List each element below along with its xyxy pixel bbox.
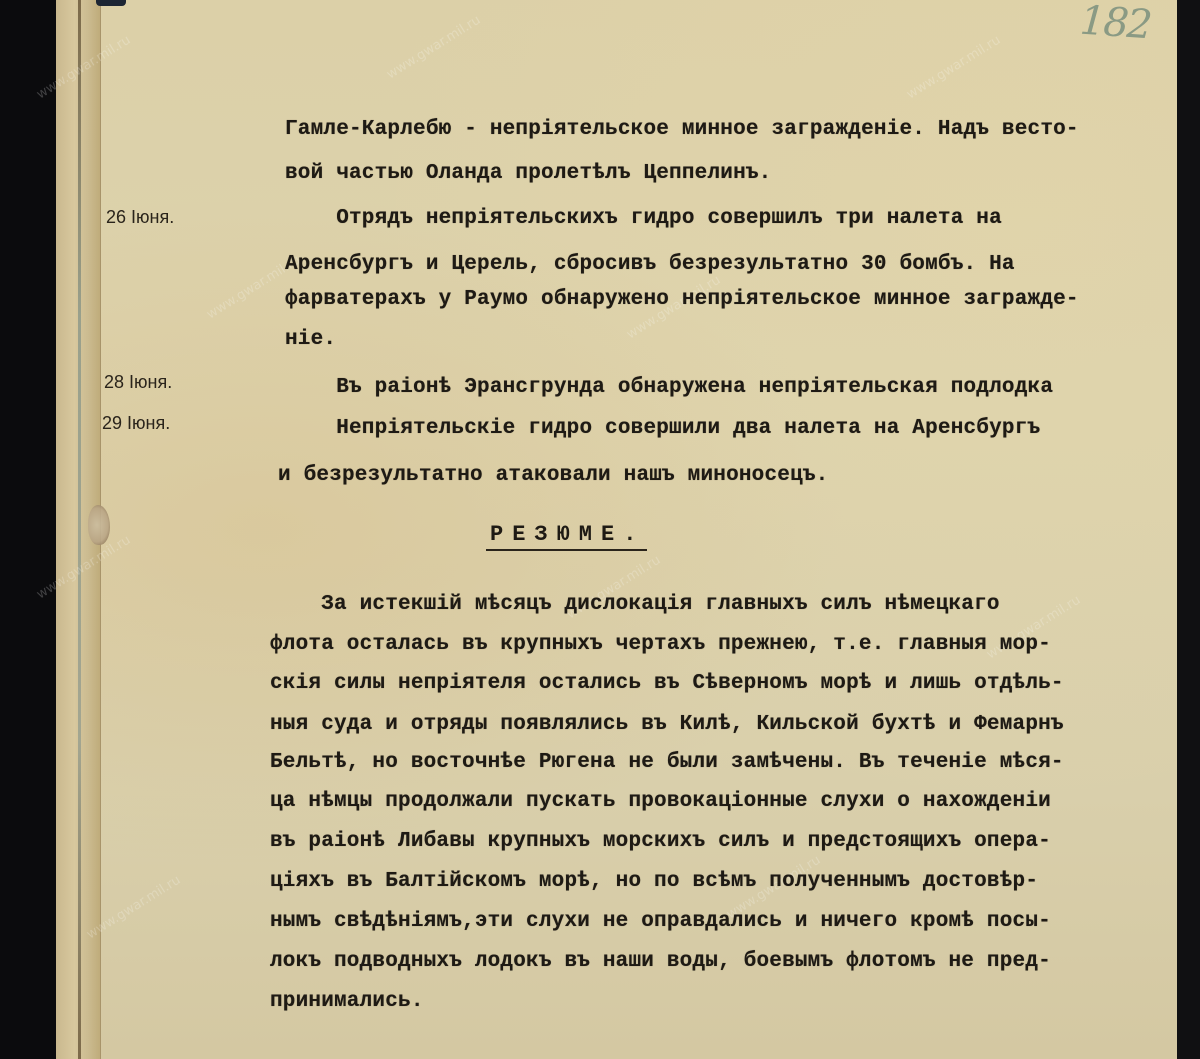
summary-line: Бельтѣ, но восточнѣе Рюгена не были замѣ… (270, 751, 1064, 774)
text-line: и безрезультатно атаковали нашъ миноносе… (278, 464, 829, 487)
binder-clip (96, 0, 126, 6)
scan-border-right (1177, 0, 1200, 1059)
text-line: Въ раіонѣ Эрансгрунда обнаружена непріят… (285, 376, 1053, 399)
summary-line: въ раіонѣ Либавы крупныхъ морскихъ силъ … (270, 830, 1051, 853)
punch-hole (88, 505, 110, 545)
text-line: Непріятельскіе гидро совершили два налет… (285, 417, 1040, 440)
section-heading-summary: РЕЗЮМЕ. (486, 522, 647, 551)
entry-date: 28 Іюня. (104, 372, 172, 393)
text-line: вой частью Оланда пролетѣлъ Цеппелинъ. (285, 162, 771, 185)
entry-date: 26 Іюня. (106, 207, 174, 228)
summary-line: ныя суда и отряды появлялись въ Килѣ, Ки… (270, 713, 1064, 736)
text-line: фарватерахъ у Раумо обнаружено непріятел… (285, 288, 1079, 311)
folio-number-handwritten: 182 (1078, 0, 1151, 48)
summary-line: принимались. (270, 990, 424, 1013)
binding-thread (78, 0, 81, 1059)
summary-line: скія силы непріятеля остались въ Сѣверно… (270, 672, 1064, 695)
text-line: ніе. (285, 328, 336, 351)
text-line: Отрядъ непріятельскихъ гидро совершилъ т… (285, 207, 1002, 230)
summary-line: флота осталась въ крупныхъ чертахъ прежн… (270, 633, 1051, 656)
summary-line: локъ подводныхъ лодокъ въ наши воды, бое… (270, 950, 1051, 973)
text-line: Аренсбургъ и Церель, сбросивъ безрезульт… (285, 253, 1015, 276)
scanned-document-page: 182 www.gwar.mil.ru www.gwar.mil.ru www.… (0, 0, 1200, 1059)
text-line: Гамле-Карлебю - непріятельское минное за… (285, 118, 1079, 141)
summary-line: нымъ свѣдѣніямъ,эти слухи не оправдались… (270, 910, 1051, 933)
summary-line: ціяхъ въ Балтійскомъ морѣ, но по всѣмъ п… (270, 870, 1038, 893)
entry-date: 29 Іюня. (102, 413, 170, 434)
summary-line: ца нѣмцы продолжали пускать провокаціонн… (270, 790, 1051, 813)
summary-line: За истекшій мѣсяцъ дислокація главныхъ с… (270, 593, 1000, 616)
